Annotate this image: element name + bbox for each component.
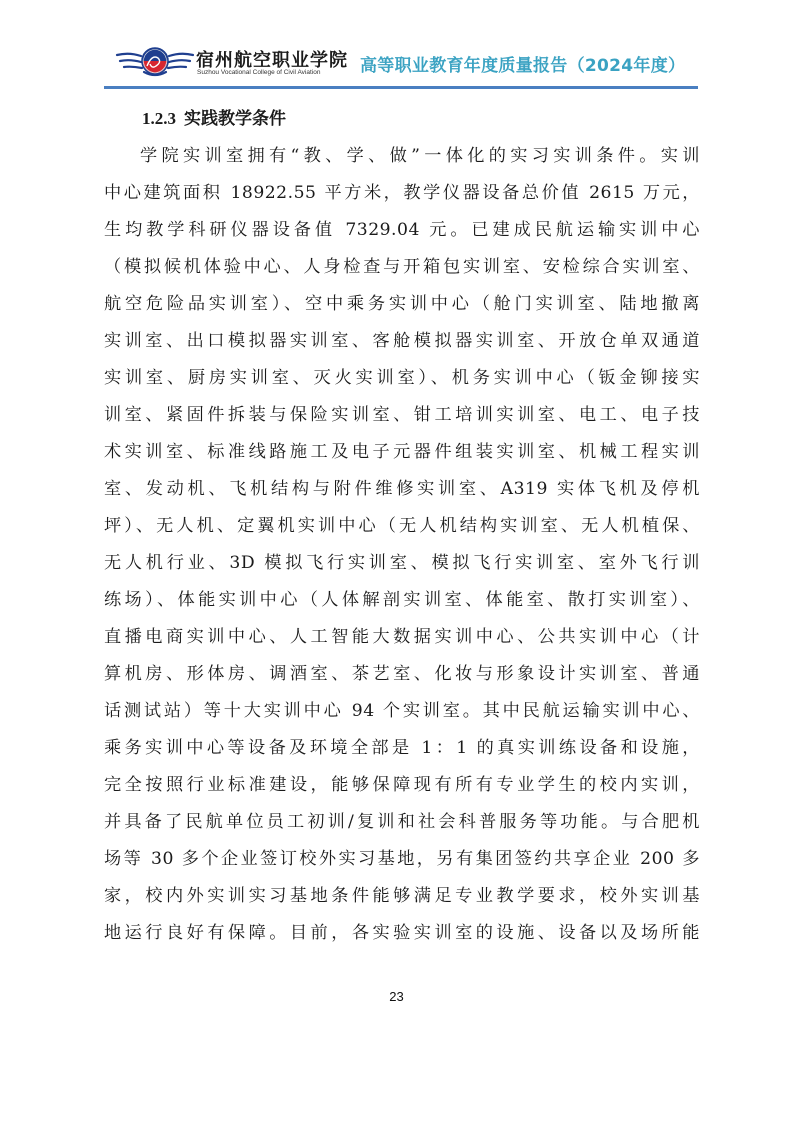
body-line: 室、发动机、飞机结构与附件维修实训室、A319 实体飞机及停机 bbox=[104, 474, 700, 499]
body-line: 中心建筑面积 18922.55 平方米，教学仪器设备总价值 2615 万元， bbox=[104, 178, 700, 203]
body-line: 直播电商实训中心、人工智能大数据实训中心、公共实训中心（计 bbox=[104, 622, 700, 647]
body-line: 训室、紧固件拆装与保险实训室、钳工培训实训室、电工、电子技 bbox=[104, 400, 700, 425]
body-line: 地运行良好有保障。目前，各实验实训室的设施、设备以及场所能 bbox=[104, 918, 700, 943]
body-line: 算机房、形体房、调酒室、茶艺室、化妆与形象设计实训室、普通 bbox=[104, 659, 700, 684]
body-line: 学院实训室拥有“教、学、做”一体化的实习实训条件。实训 bbox=[140, 141, 700, 166]
report-title: 高等职业教育年度质量报告（2024年度） bbox=[360, 51, 685, 76]
page-number: 23 bbox=[0, 989, 793, 1004]
page-header: 宿州航空职业学院 Suzhou Vocational College of Ci… bbox=[104, 40, 700, 90]
section-heading: 1.2.3实践教学条件 bbox=[142, 104, 286, 129]
body-line: 完全按照行业标准建设，能够保障现有所有专业学生的校内实训， bbox=[104, 770, 700, 795]
body-line: 话测试站）等十大实训中心 94 个实训室。其中民航运输实训中心、 bbox=[104, 696, 700, 721]
section-title: 实践教学条件 bbox=[184, 109, 286, 129]
body-line: （模拟候机体验中心、人身检查与开箱包实训室、安检综合实训室、 bbox=[104, 252, 700, 277]
body-line: 术实训室、标准线路施工及电子元器件组装实训室、机械工程实训 bbox=[104, 437, 700, 462]
college-emblem-wings-icon bbox=[114, 44, 196, 80]
body-line: 场等 30 多个企业签订校外实习基地，另有集团签约共享企业 200 多 bbox=[104, 844, 700, 869]
document-page: 宿州航空职业学院 Suzhou Vocational College of Ci… bbox=[0, 0, 793, 1122]
section-number: 1.2.3 bbox=[142, 109, 176, 128]
body-line: 家，校内外实训实习基地条件能够满足专业教学要求，校外实训基 bbox=[104, 881, 700, 906]
header-divider bbox=[104, 86, 698, 89]
body-line: 航空危险品实训室）、空中乘务实训中心（舱门实训室、陆地撤离 bbox=[104, 289, 700, 314]
body-line: 乘务实训中心等设备及环境全部是 1：1 的真实训练设备和设施， bbox=[104, 733, 700, 758]
body-line: 生均教学科研仪器设备值 7329.04 元。已建成民航运输实训中心 bbox=[104, 215, 700, 240]
body-line: 实训室、厨房实训室、灭火实训室）、机务实训中心（钣金铆接实 bbox=[104, 363, 700, 388]
school-name-en: Suzhou Vocational College of Civil Aviat… bbox=[197, 69, 320, 76]
body-line: 无人机行业、3D 模拟飞行实训室、模拟飞行实训室、室外飞行训 bbox=[104, 548, 700, 573]
body-line: 并具备了民航单位员工初训/复训和社会科普服务等功能。与合肥机 bbox=[104, 807, 700, 832]
body-line: 坪）、无人机、定翼机实训中心（无人机结构实训室、无人机植保、 bbox=[104, 511, 700, 536]
body-line: 练场）、体能实训中心（人体解剖实训室、体能室、散打实训室）、 bbox=[104, 585, 700, 610]
body-line: 实训室、出口模拟器实训室、客舱模拟器实训室、开放仓单双通道 bbox=[104, 326, 700, 351]
